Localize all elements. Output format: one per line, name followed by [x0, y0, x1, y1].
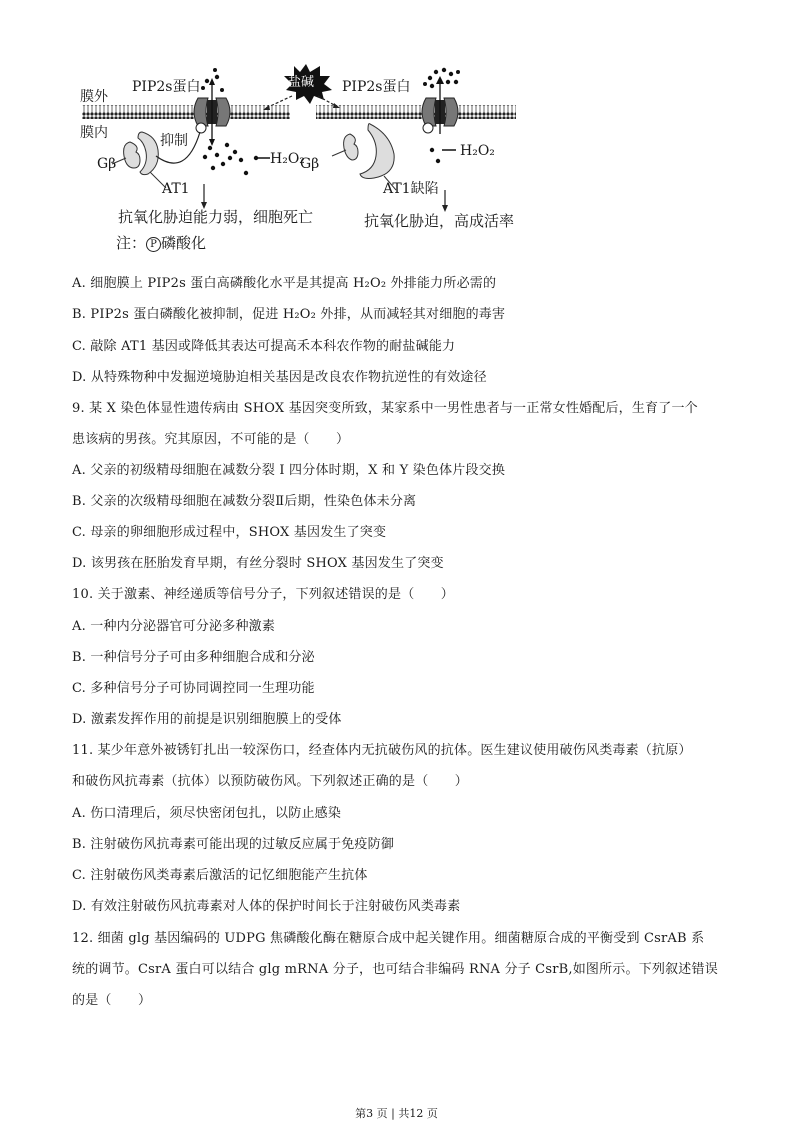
note-text: 磷酸化 [161, 234, 206, 252]
label-at1-defect: AT1缺陷 [383, 182, 439, 196]
label-salt-alkali: 盐碱 [288, 76, 314, 89]
q12-stem-line3: 的是（ ） [72, 994, 151, 1007]
page-footer: 第3 页 | 共12 页 [0, 1105, 793, 1121]
q9-stem-line1: 9. 某 X 染色体显性遗传病由 SHOX 基因突变所致，某家系中一男性患者与一… [72, 402, 698, 415]
q10-option-d: D. 激素发挥作用的前提是识别细胞膜上的受体 [72, 713, 342, 726]
q9-option-b: B. 父亲的次级精母细胞在减数分裂Ⅱ后期，性染色体未分离 [72, 495, 416, 508]
membrane-diagram: 膜外 膜内 PIP2s蛋白 盐碱 PIP2s蛋白 抑制 Gβ H₂O₂ Gβ H… [70, 60, 550, 260]
label-at1: AT1 [162, 182, 190, 196]
q9-option-c: C. 母亲的卵细胞形成过程中，SHOX 基因发生了突变 [72, 526, 386, 539]
label-outside-membrane: 膜外 [80, 90, 108, 104]
q11-stem-line2: 和破伤风抗毒素（抗体）以预防破伤风。下列叙述正确的是（ ） [72, 775, 468, 788]
q11-option-a: A. 伤口清理后，须尽快密闭包扎，以防止感染 [72, 807, 341, 820]
label-h2o2-right: H₂O₂ [460, 144, 495, 158]
q11-option-d: D. 有效注射破伤风抗毒素对人体的保护时间长于注射破伤风类毒素 [72, 900, 460, 913]
q11-option-b: B. 注射破伤风抗毒素可能出现的过敏反应属于免疫防御 [72, 838, 394, 851]
label-gbeta-right: Gβ [300, 157, 319, 171]
q11-stem-line1: 11. 某少年意外被锈钉扎出一较深伤口，经查体内无抗破伤风的抗体。医生建议使用破… [72, 744, 692, 757]
label-result-right: 抗氧化胁迫，高成活率 [364, 214, 514, 229]
q8-option-c: C. 敲除 AT1 基因或降低其表达可提高禾本科农作物的耐盐碱能力 [72, 340, 455, 353]
note-prefix: 注： [116, 234, 146, 252]
q8-option-d: D. 从特殊物种中发掘逆境胁迫相关基因是改良农作物抗逆性的有效途径 [72, 371, 487, 384]
pip2s-channel-right [422, 76, 458, 134]
q10-option-a: A. 一种内分泌器官可分泌多种激素 [72, 620, 275, 633]
diagram-note: 注：P磷酸化 [116, 236, 206, 252]
q10-option-c: C. 多种信号分子可协同调控同一生理功能 [72, 682, 315, 695]
q8-option-b: B. PIP2s 蛋白磷酸化被抑制，促进 H₂O₂ 外排，从而减轻其对细胞的毒害 [72, 308, 505, 321]
label-gbeta-left: Gβ [97, 157, 116, 171]
label-inside-membrane: 膜内 [80, 126, 108, 140]
q10-stem: 10. 关于激素、神经递质等信号分子，下列叙述错误的是（ ） [72, 588, 454, 601]
phosphorylation-symbol-icon: P [146, 237, 161, 252]
q9-option-a: A. 父亲的初级精母细胞在减数分裂 I 四分体时期，X 和 Y 染色体片段交换 [72, 464, 505, 477]
q12-stem-line1: 12. 细菌 glg 基因编码的 UDPG 焦磷酸化酶在糖原合成中起关键作用。细… [72, 932, 704, 945]
q11-option-c: C. 注射破伤风类毒素后激活的记忆细胞能产生抗体 [72, 869, 368, 882]
q9-stem-line2: 患该病的男孩。究其原因，不可能的是（ ） [72, 433, 349, 446]
q8-option-a: A. 细胞膜上 PIP2s 蛋白高磷酸化水平是其提高 H₂O₂ 外排能力所必需的 [72, 277, 496, 290]
label-inhibit: 抑制 [160, 134, 188, 148]
label-pip2s-right: PIP2s蛋白 [342, 80, 410, 94]
label-pip2s-left: PIP2s蛋白 [132, 80, 200, 94]
q10-option-b: B. 一种信号分子可由多种细胞合成和分泌 [72, 651, 315, 664]
q9-option-d: D. 该男孩在胚胎发育早期，有丝分裂时 SHOX 基因发生了突变 [72, 557, 444, 570]
q12-stem-line2: 统的调节。CsrA 蛋白可以结合 glg mRNA 分子，也可结合非编码 RNA… [72, 963, 718, 976]
label-result-left: 抗氧化胁迫能力弱，细胞死亡 [118, 210, 313, 225]
